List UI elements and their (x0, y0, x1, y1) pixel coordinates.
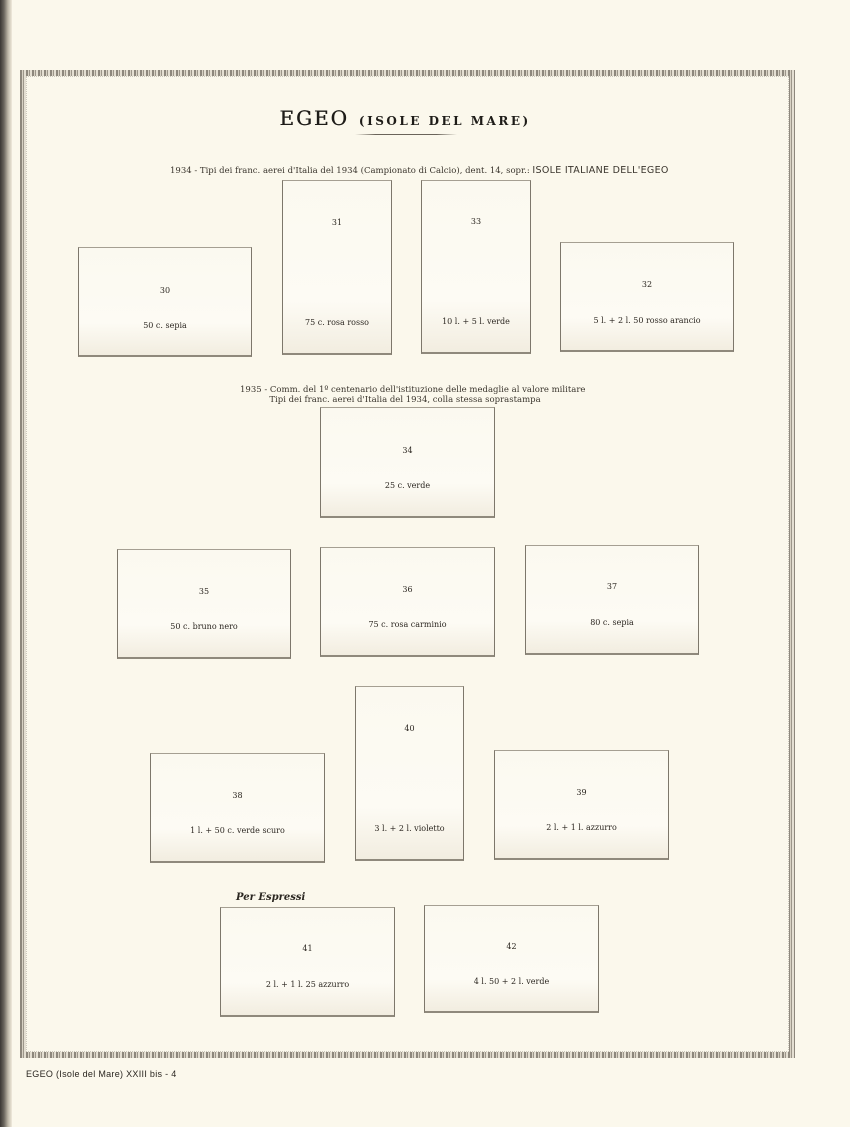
stamp-space-36: 36 75 c. rosa carminio (320, 547, 495, 657)
title-underline (355, 134, 457, 135)
stamp-number: 37 (526, 582, 698, 591)
caption-1935-line1: 1935 - Comm. del 1º centenario dell'isti… (240, 385, 570, 395)
page-title: EGEO(ISOLE DEL MARE) (0, 106, 810, 130)
stamp-description: 50 c. bruno nero (118, 622, 290, 631)
stamp-number: 41 (221, 944, 394, 953)
stamp-description: 5 l. + 2 l. 50 rosso arancio (561, 316, 733, 325)
stamp-description: 2 l. + 1 l. azzurro (495, 823, 668, 832)
stamp-space-31: 31 75 c. rosa rosso (282, 180, 392, 355)
stamp-space-37: 37 80 c. sepia (525, 545, 699, 655)
stamp-number: 39 (495, 788, 668, 797)
section-caption-1935: 1935 - Comm. del 1º centenario dell'isti… (240, 385, 570, 405)
stamp-description: 75 c. rosa rosso (283, 318, 391, 327)
stamp-description: 75 c. rosa carminio (321, 620, 494, 629)
stamp-description: 80 c. sepia (526, 618, 698, 627)
stamp-space-41: 41 2 l. + 1 l. 25 azzurro (220, 907, 395, 1017)
stamp-description: 50 c. sepia (79, 321, 251, 330)
section-label-espressi: Per Espressi (236, 892, 305, 903)
stamp-number: 33 (422, 217, 530, 226)
caption-1934-text: 1934 - Tipi dei franc. aerei d'Italia de… (170, 166, 530, 176)
page-footer: EGEO (Isole del Mare) XXIII bis - 4 (26, 1069, 177, 1079)
caption-1935-line2: Tipi dei franc. aerei d'Italia del 1934,… (240, 395, 570, 405)
page-title-sub: (ISOLE DEL MARE) (359, 114, 531, 128)
stamp-space-30: 30 50 c. sepia (78, 247, 252, 357)
stamp-number: 32 (561, 280, 733, 289)
stamp-space-39: 39 2 l. + 1 l. azzurro (494, 750, 669, 860)
stamp-number: 42 (425, 942, 598, 951)
stamp-number: 36 (321, 585, 494, 594)
stamp-space-34: 34 25 c. verde (320, 407, 495, 518)
stamp-number: 35 (118, 587, 290, 596)
page-title-main: EGEO (279, 106, 349, 130)
stamp-number: 34 (321, 446, 494, 455)
stamp-description: 10 l. + 5 l. verde (422, 317, 530, 326)
stamp-space-32: 32 5 l. + 2 l. 50 rosso arancio (560, 242, 734, 352)
stamp-description: 3 l. + 2 l. violetto (356, 824, 463, 833)
stamp-number: 30 (79, 286, 251, 295)
stamp-number: 31 (283, 218, 391, 227)
stamp-number: 38 (151, 791, 324, 800)
stamp-description: 2 l. + 1 l. 25 azzurro (221, 980, 394, 989)
stamp-description: 25 c. verde (321, 481, 494, 490)
caption-1934-overprint: ISOLE ITALIANE DELL'EGEO (532, 165, 668, 176)
album-binding-edge (0, 0, 12, 1127)
stamp-description: 4 l. 50 + 2 l. verde (425, 977, 598, 986)
stamp-space-42: 42 4 l. 50 + 2 l. verde (424, 905, 599, 1013)
stamp-description: 1 l. + 50 c. verde scuro (151, 826, 324, 835)
stamp-space-38: 38 1 l. + 50 c. verde scuro (150, 753, 325, 863)
stamp-space-33: 33 10 l. + 5 l. verde (421, 180, 531, 354)
stamp-space-40: 40 3 l. + 2 l. violetto (355, 686, 464, 861)
stamp-number: 40 (356, 724, 463, 733)
section-caption-1934: 1934 - Tipi dei franc. aerei d'Italia de… (170, 165, 645, 176)
stamp-space-35: 35 50 c. bruno nero (117, 549, 291, 659)
